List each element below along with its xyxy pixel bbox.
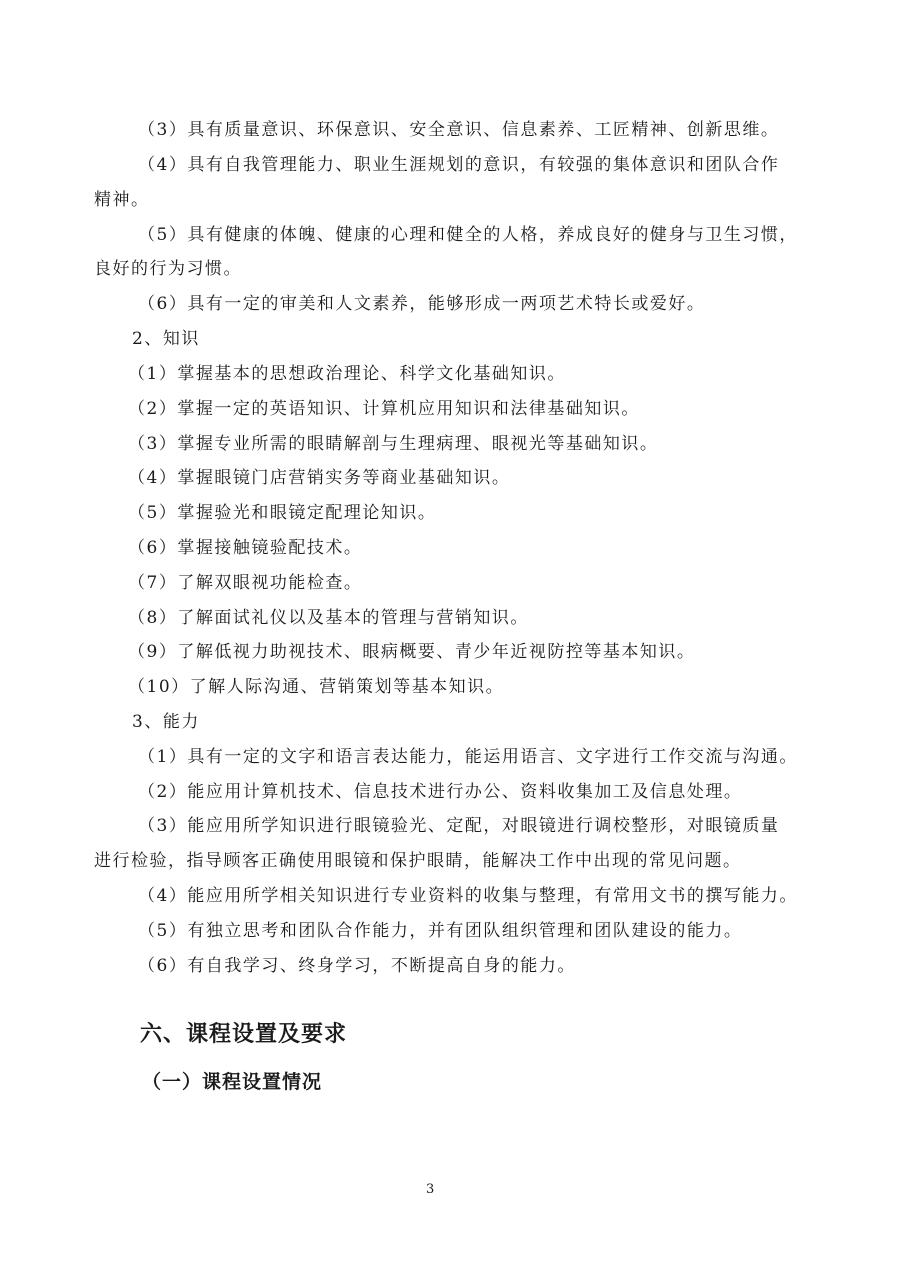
knowledge-item-6: （6）掌握接触镜验配技术。 bbox=[128, 538, 362, 558]
knowledge-item-2: （2）掌握一定的英语知识、计算机应用知识和法律基础知识。 bbox=[128, 399, 640, 419]
knowledge-item-4: （4）掌握眼镜门店营销实务等商业基础知识。 bbox=[128, 468, 510, 488]
section-heading: 六、课程设置及要求 bbox=[140, 1022, 347, 1048]
ability-item-6: （6）有自我学习、终身学习，不断提高自身的能力。 bbox=[138, 956, 576, 976]
document-page: （3）具有质量意识、环保意识、安全意识、信息素养、工匠精神、创新思维。 （4）具… bbox=[0, 0, 900, 1272]
quality-item-6: （6）具有一定的审美和人文素养，能够形成一两项艺术特长或爱好。 bbox=[138, 294, 705, 314]
knowledge-item-1: （1）掌握基本的思想政治理论、科学文化基础知识。 bbox=[128, 364, 566, 384]
knowledge-item-10: （10）了解人际沟通、营销策划等基本知识。 bbox=[128, 677, 504, 697]
ability-item-3-continued: 进行检验，指导顾客正确使用眼镜和保护眼睛，能解决工作中出现的常见问题。 bbox=[94, 851, 742, 871]
quality-item-5-continued: 良好的行为习惯。 bbox=[94, 259, 242, 279]
knowledge-item-5: （5）掌握验光和眼镜定配理论知识。 bbox=[128, 503, 436, 523]
subsection-heading: （一）课程设置情况 bbox=[142, 1070, 322, 1094]
ability-heading: 3、能力 bbox=[132, 712, 200, 732]
knowledge-item-8: （8）了解面试礼仪以及基本的管理与营销知识。 bbox=[128, 608, 529, 628]
knowledge-heading: 2、知识 bbox=[132, 329, 200, 349]
ability-item-2: （2）能应用计算机技术、信息技术进行办公、资料收集加工及信息处理。 bbox=[138, 782, 742, 802]
ability-item-5: （5）有独立思考和团队合作能力，并有团队组织管理和团队建设的能力。 bbox=[138, 921, 742, 941]
knowledge-item-3: （3）掌握专业所需的眼睛解剖与生理病理、眼视光等基础知识。 bbox=[128, 434, 658, 454]
quality-item-4-continued: 精神。 bbox=[94, 190, 150, 210]
quality-item-3: （3）具有质量意识、环保意识、安全意识、信息素养、工匠精神、创新思维。 bbox=[138, 120, 779, 140]
knowledge-item-7: （7）了解双眼视功能检查。 bbox=[128, 573, 362, 593]
knowledge-item-9: （9）了解低视力助视技术、眼病概要、青少年近视防控等基本知识。 bbox=[128, 642, 695, 662]
quality-item-4: （4）具有自我管理能力、职业生涯规划的意识，有较强的集体意识和团队合作 bbox=[138, 155, 779, 175]
ability-item-4: （4）能应用所学相关知识进行专业资料的收集与整理，有常用文书的撰写能力。 bbox=[138, 886, 798, 906]
ability-item-3: （3）能应用所学知识进行眼镜验光、定配，对眼镜进行调校整形，对眼镜质量 bbox=[138, 816, 779, 836]
page-number: 3 bbox=[426, 1182, 434, 1198]
quality-item-5: （5）具有健康的体魄、健康的心理和健全的人格，养成良好的健身与卫生习惯， bbox=[138, 225, 798, 245]
ability-item-1: （1）具有一定的文字和语言表达能力，能运用语言、文字进行工作交流与沟通。 bbox=[138, 747, 798, 767]
